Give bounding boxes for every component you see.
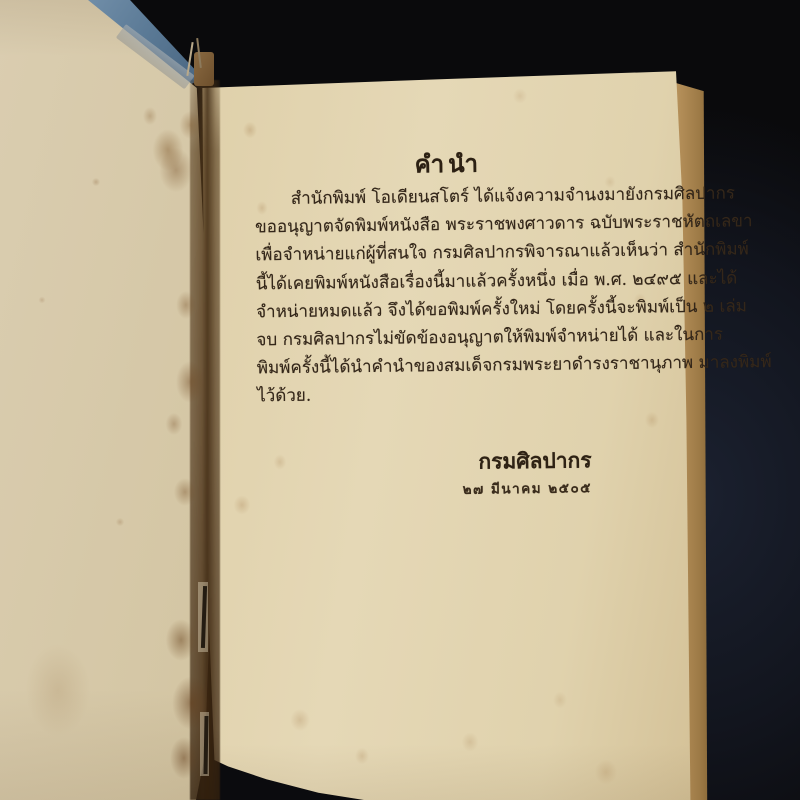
preface-paragraph: สำนักพิมพ์ โอเดียนสโตร์ ได้แจ้งความจำนงม… [255, 181, 650, 411]
body-line: นี้ได้เคยพิมพ์หนังสือเรื่องนี้มาแล้วครั้… [256, 265, 648, 298]
body-line: พิมพ์ครั้งนี้ได้นำคำนำของสมเด็จกรมพระยาด… [257, 350, 649, 383]
book-photo: คำนำ สำนักพิมพ์ โอเดียนสโตร์ ได้แจ้งความ… [0, 0, 800, 800]
body-line: ไว้ด้วย. [257, 378, 649, 411]
body-line: เพื่อจำหน่ายแก่ผู้ที่สนใจ กรมศิลปากรพิจา… [255, 237, 647, 270]
signature-line: กรมศิลปากร [435, 444, 635, 479]
date-line: ๒๗ มีนาคม ๒๕๐๕ [427, 476, 627, 500]
page-title: คำนำ [248, 142, 648, 186]
printed-text-layer: คำนำ สำนักพิมพ์ โอเดียนสโตร์ ได้แจ้งความ… [0, 0, 800, 800]
